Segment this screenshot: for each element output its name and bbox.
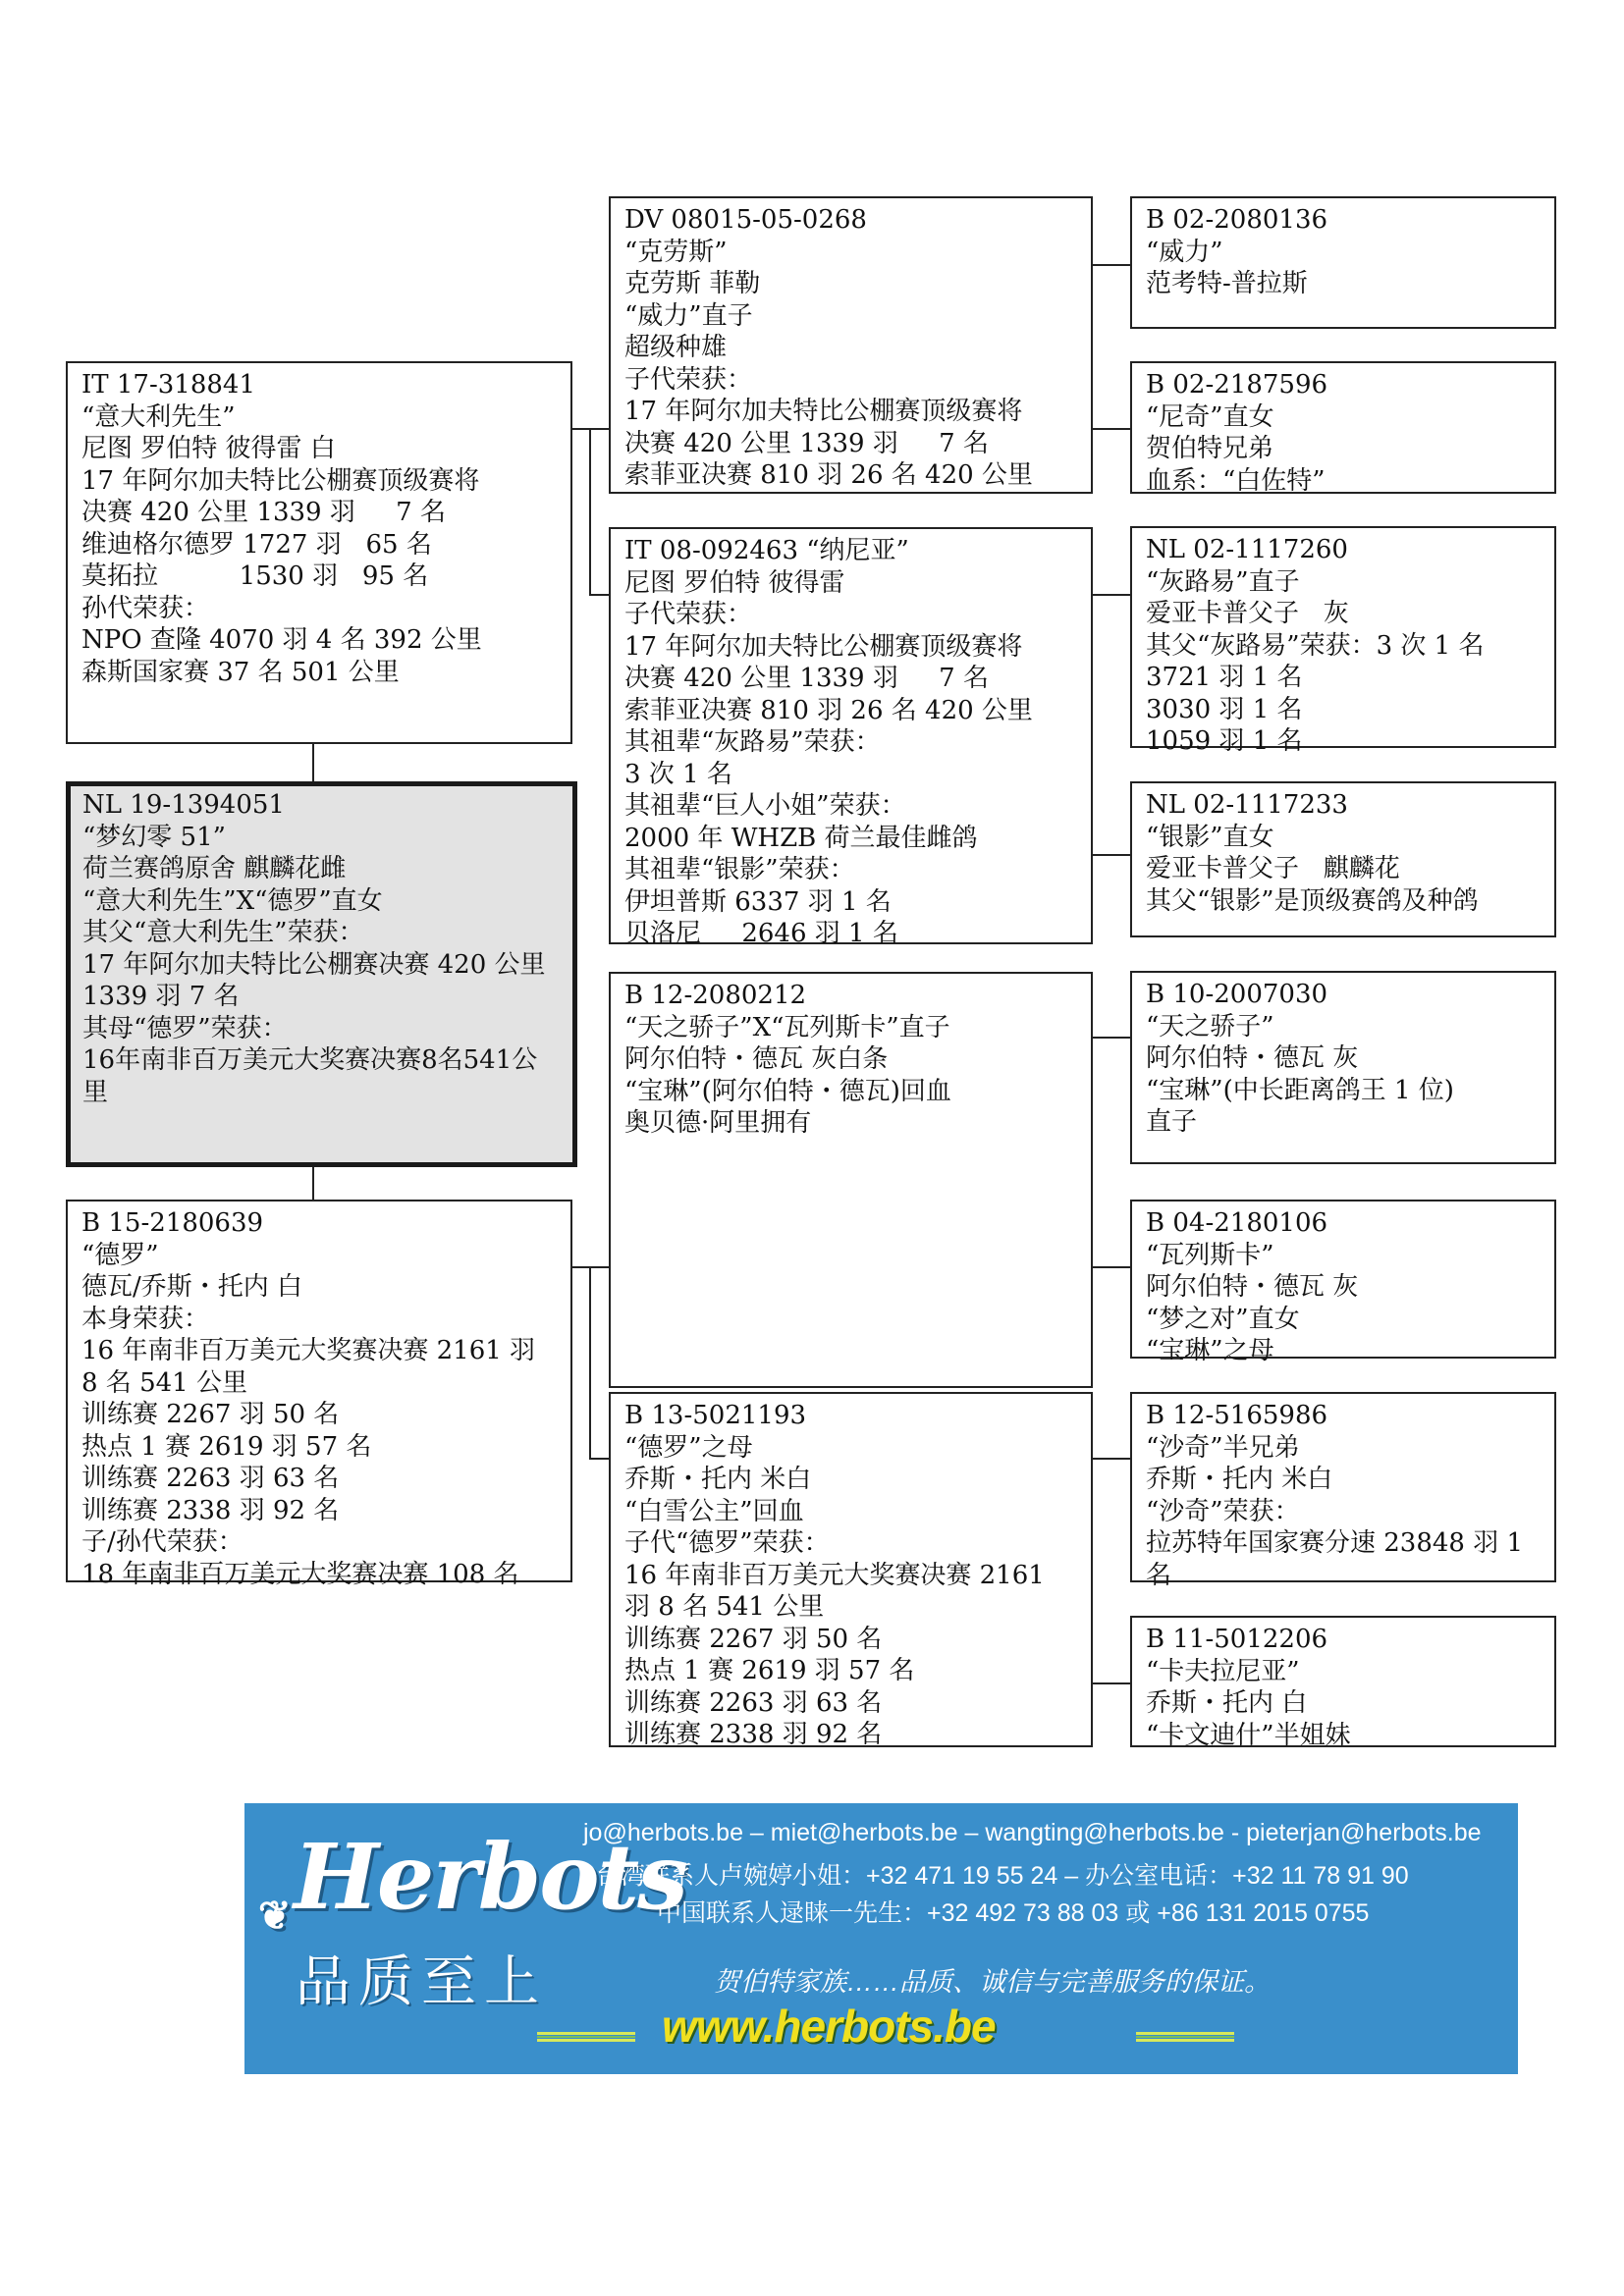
ring-number: B 15-2180639 <box>81 1207 557 1240</box>
connector <box>589 1458 609 1460</box>
detail: 训练赛 2338 羽 92 名 <box>81 1495 557 1527</box>
breeder: 乔斯・托内 米白 <box>1146 1464 1541 1496</box>
detail: “宝琳”(阿尔伯特・德瓦)回血 <box>624 1076 1077 1108</box>
pigeon-name: “德罗”之母 <box>624 1432 1077 1465</box>
connector <box>1093 594 1130 596</box>
great-grandparent-card: NL 02-1117260 “灰路易”直子 爱亚卡普父子 灰 其父“灰路易”荣获… <box>1130 526 1556 748</box>
detail: 森斯国家赛 37 名 501 公里 <box>81 657 557 689</box>
pigeon-name: “银影”直女 <box>1146 822 1541 854</box>
detail: 18 年南非百万美元大奖赛决赛 108 名 <box>81 1559 557 1591</box>
granddam-maternal-card: B 13-5021193 “德罗”之母 乔斯・托内 米白 “白雪公主”回血 子代… <box>609 1392 1093 1747</box>
detail: 热点 1 赛 2619 羽 57 名 <box>81 1431 557 1464</box>
detail: 子代荣获： <box>624 599 1077 631</box>
taiwan-contact: 台湾联系人卢婉婷小姐：+32 471 19 55 24 – 办公室电话：+32 … <box>596 1856 1409 1892</box>
detail: 超级种雄 <box>624 332 1077 364</box>
pigeon-name: “克劳斯” <box>624 237 1077 269</box>
great-grandparent-card: NL 02-1117233 “银影”直女 爱亚卡普父子 麒麟花 其父“银影”是顶… <box>1130 781 1556 937</box>
connector <box>589 428 591 595</box>
detail: 贝洛尼 2646 羽 1 名 <box>624 918 1077 950</box>
subject-card: NL 19-1394051 “梦幻零 51” 荷兰赛鸽原舍 麒麟花雌 “意大利先… <box>66 781 577 1167</box>
detail: 孙代荣获： <box>81 593 557 625</box>
grandsire-paternal-card: DV 08015-05-0268 “克劳斯” 克劳斯 菲勒 “威力”直子 超级种… <box>609 196 1093 494</box>
pigeon-name: “沙奇”半兄弟 <box>1146 1432 1541 1465</box>
detail: 本身荣获： <box>81 1304 557 1336</box>
ring-number: B 10-2007030 <box>1146 979 1541 1011</box>
detail: 决赛 420 公里 1339 羽 7 名 <box>624 428 1077 460</box>
pigeon-name: “威力” <box>1146 237 1541 269</box>
connector <box>572 1266 590 1268</box>
ring-number: B 04-2180106 <box>1146 1207 1541 1240</box>
ring-number: NL 02-1117233 <box>1146 789 1541 822</box>
breeder: 乔斯・托内 白 <box>1146 1687 1541 1720</box>
connector <box>589 1266 609 1268</box>
ring-number: B 02-2187596 <box>1146 369 1541 401</box>
herbots-banner: ❦ Herbots 品质至上 jo@herbots.be – miet@herb… <box>244 1803 1518 2074</box>
decorative-divider <box>537 2032 635 2042</box>
detail: 训练赛 2338 羽 92 名 <box>624 1719 1077 1751</box>
detail: 其父“银影”是顶级赛鸽及种鸽 <box>1146 885 1541 918</box>
connector <box>312 744 314 781</box>
detail: 17 年阿尔加夫特比公棚赛顶级赛将 <box>81 465 557 498</box>
detail: 其祖辈“灰路易”荣获： <box>624 726 1077 759</box>
connector <box>312 1167 314 1200</box>
breeder: 阿尔伯特・德瓦 灰白条 <box>624 1043 1077 1076</box>
slogan: 品质至上 <box>296 1939 547 2017</box>
connector <box>1093 1037 1130 1039</box>
great-grandparent-card: B 04-2180106 “瓦列斯卡” 阿尔伯特・德瓦 灰 “梦之对”直女 “宝… <box>1130 1200 1556 1359</box>
detail: 莫拓拉 1530 羽 95 名 <box>81 561 557 593</box>
ring-number: B 02-2080136 <box>1146 204 1541 237</box>
detail: 17 年阿尔加夫特比公棚赛顶级赛将 <box>624 631 1077 664</box>
detail: “卡文迪什”半姐妹 <box>1146 1720 1541 1752</box>
detail: 3030 羽 1 名 <box>1146 694 1541 726</box>
breeder: 范考特-普拉斯 <box>1146 268 1541 300</box>
feather-icon: ❦ <box>258 1862 290 1970</box>
email-list[interactable]: jo@herbots.be – miet@herbots.be – wangti… <box>583 1819 1482 1847</box>
breeder: 爱亚卡普父子 麒麟花 <box>1146 853 1541 885</box>
pigeon-name: “瓦列斯卡” <box>1146 1240 1541 1272</box>
great-grandparent-card: B 10-2007030 “天之骄子” 阿尔伯特・德瓦 灰 “宝琳”(中长距离鸽… <box>1130 971 1556 1164</box>
detail: 训练赛 2263 羽 63 名 <box>81 1463 557 1495</box>
detail: “沙奇”荣获： <box>1146 1496 1541 1528</box>
detail: “宝琳”之母 <box>1146 1335 1541 1367</box>
detail: 子/孙代荣获： <box>81 1526 557 1559</box>
connector <box>1093 428 1130 430</box>
detail: 其母“德罗”荣获： <box>82 1013 561 1045</box>
great-grandparent-card: B 12-5165986 “沙奇”半兄弟 乔斯・托内 米白 “沙奇”荣获： 拉苏… <box>1130 1392 1556 1582</box>
detail: 伊坦普斯 6337 羽 1 名 <box>624 886 1077 919</box>
detail: 训练赛 2263 羽 63 名 <box>624 1687 1077 1720</box>
pigeon-name: “天之骄子” <box>1146 1011 1541 1043</box>
detail: “宝琳”(中长距离鸽王 1 位) <box>1146 1075 1541 1107</box>
detail: 16年南非百万美元大奖赛决赛8名541公里 <box>82 1044 561 1108</box>
detail: 热点 1 赛 2619 羽 57 名 <box>624 1655 1077 1687</box>
detail: “意大利先生”X“德罗”直女 <box>82 885 561 918</box>
pigeon-name: “灰路易”直子 <box>1146 566 1541 599</box>
detail: 训练赛 2267 羽 50 名 <box>624 1624 1077 1656</box>
detail: 2000 年 WHZB 荷兰最佳雌鸽 <box>624 823 1077 855</box>
detail: “威力”直子 <box>624 300 1077 333</box>
connector <box>589 594 609 596</box>
breeder: 尼图 罗伯特 彼得雷 <box>624 567 1077 600</box>
detail: 17 年阿尔加夫特比公棚赛决赛 420 公里 1339 羽 7 名 <box>82 949 561 1013</box>
ring-number: IT 17-318841 <box>81 369 557 401</box>
connector <box>1093 264 1130 266</box>
detail: NPO 查隆 4070 羽 4 名 392 公里 <box>81 624 557 657</box>
detail: 其祖辈“银影”荣获： <box>624 854 1077 886</box>
detail: 16 年南非百万美元大奖赛决赛 2161 羽 8 名 541 公里 <box>624 1560 1077 1624</box>
connector <box>589 1266 591 1459</box>
ring-number: IT 08-092463 “纳尼亚” <box>624 535 1077 567</box>
breeder: 阿尔伯特・德瓦 灰 <box>1146 1271 1541 1304</box>
decorative-divider <box>1136 2032 1234 2042</box>
connector <box>572 428 590 430</box>
grandsire-maternal-card: B 12-2080212 “天之骄子”X“瓦列斯卡”直子 阿尔伯特・德瓦 灰白条… <box>609 972 1093 1388</box>
dam-card: B 15-2180639 “德罗” 德瓦/乔斯・托内 白 本身荣获： 16 年南… <box>66 1200 572 1582</box>
pigeon-name: “天之骄子”X“瓦列斯卡”直子 <box>624 1012 1077 1044</box>
detail: 其父“灰路易”荣获：3 次 1 名 <box>1146 630 1541 663</box>
detail: 索菲亚决赛 810 羽 26 名 420 公里 <box>624 459 1077 492</box>
detail: 血系：“白佐特” <box>1146 465 1541 498</box>
detail: 决赛 420 公里 1339 羽 7 名 <box>81 497 557 529</box>
breeder: 爱亚卡普父子 灰 <box>1146 598 1541 630</box>
detail: 奥贝德·阿里拥有 <box>624 1107 1077 1140</box>
detail: 其父“意大利先生”荣获： <box>82 917 561 949</box>
detail: 其祖辈“巨人小姐”荣获： <box>624 790 1077 823</box>
connector <box>1093 854 1130 856</box>
breeder: 克劳斯 菲勒 <box>624 268 1077 300</box>
detail: “梦之对”直女 <box>1146 1304 1541 1336</box>
connector <box>1093 1682 1130 1684</box>
herbots-logo: ❦ Herbots <box>264 1823 598 1941</box>
detail: 直子 <box>1146 1106 1541 1139</box>
pigeon-name: “意大利先生” <box>81 401 557 434</box>
ring-number: B 12-2080212 <box>624 980 1077 1012</box>
great-grandparent-card: B 11-5012206 “卡夫拉尼亚” 乔斯・托内 白 “卡文迪什”半姐妹 <box>1130 1616 1556 1747</box>
detail: 子代“德罗”荣获： <box>624 1527 1077 1560</box>
detail: 训练赛 2267 羽 50 名 <box>81 1399 557 1431</box>
pigeon-name: “德罗” <box>81 1240 557 1272</box>
breeder: 德瓦/乔斯・托内 白 <box>81 1271 557 1304</box>
granddam-paternal-card: IT 08-092463 “纳尼亚” 尼图 罗伯特 彼得雷 子代荣获： 17 年… <box>609 527 1093 944</box>
breeder: 尼图 罗伯特 彼得雷 白 <box>81 433 557 465</box>
ring-number: B 11-5012206 <box>1146 1624 1541 1656</box>
ring-number: NL 02-1117260 <box>1146 534 1541 566</box>
breeder: 贺伯特兄弟 <box>1146 433 1541 465</box>
sire-card: IT 17-318841 “意大利先生” 尼图 罗伯特 彼得雷 白 17 年阿尔… <box>66 361 572 744</box>
detail: 16 年南非百万美元大奖赛决赛 2161 羽 8 名 541 公里 <box>81 1335 557 1399</box>
ring-number: B 13-5021193 <box>624 1400 1077 1432</box>
pigeon-name: “梦幻零 51” <box>82 822 561 854</box>
detail: “白雪公主”回血 <box>624 1496 1077 1528</box>
connector <box>1093 1266 1130 1268</box>
detail: 子代荣获： <box>624 364 1077 397</box>
detail: 维迪格尔德罗 1727 羽 65 名 <box>81 529 557 561</box>
breeder: 荷兰赛鸽原舍 麒麟花雌 <box>82 853 561 885</box>
ring-number: B 12-5165986 <box>1146 1400 1541 1432</box>
ring-number: NL 19-1394051 <box>82 789 561 822</box>
connector <box>1093 1458 1130 1460</box>
ring-number: DV 08015-05-0268 <box>624 204 1077 237</box>
website-link[interactable]: www.herbots.be <box>662 2000 996 2053</box>
breeder: 乔斯・托内 米白 <box>624 1464 1077 1496</box>
connector <box>589 428 609 430</box>
motto: 贺伯特家族……品质、诚信与完善服务的保证。 <box>714 1960 1271 1999</box>
detail: 1059 羽 1 名 <box>1146 725 1541 758</box>
great-grandparent-card: B 02-2080136 “威力” 范考特-普拉斯 <box>1130 196 1556 329</box>
pigeon-name: “尼奇”直女 <box>1146 401 1541 434</box>
detail: 17 年阿尔加夫特比公棚赛顶级赛将 <box>624 396 1077 428</box>
detail: 索菲亚决赛 810 羽 26 名 420 公里 <box>624 695 1077 727</box>
detail: 决赛 420 公里 1339 羽 7 名 <box>624 663 1077 695</box>
great-grandparent-card: B 02-2187596 “尼奇”直女 贺伯特兄弟 血系：“白佐特” <box>1130 361 1556 494</box>
china-contact: 中国联系人逯睐一先生：+32 492 73 88 03 或 +86 131 20… <box>657 1894 1369 1929</box>
breeder: 阿尔伯特・德瓦 灰 <box>1146 1042 1541 1075</box>
detail: 3721 羽 1 名 <box>1146 662 1541 694</box>
detail: 3 次 1 名 <box>624 759 1077 791</box>
pigeon-name: “卡夫拉尼亚” <box>1146 1656 1541 1688</box>
detail: 拉苏特年国家赛分速 23848 羽 1 名 <box>1146 1527 1541 1591</box>
